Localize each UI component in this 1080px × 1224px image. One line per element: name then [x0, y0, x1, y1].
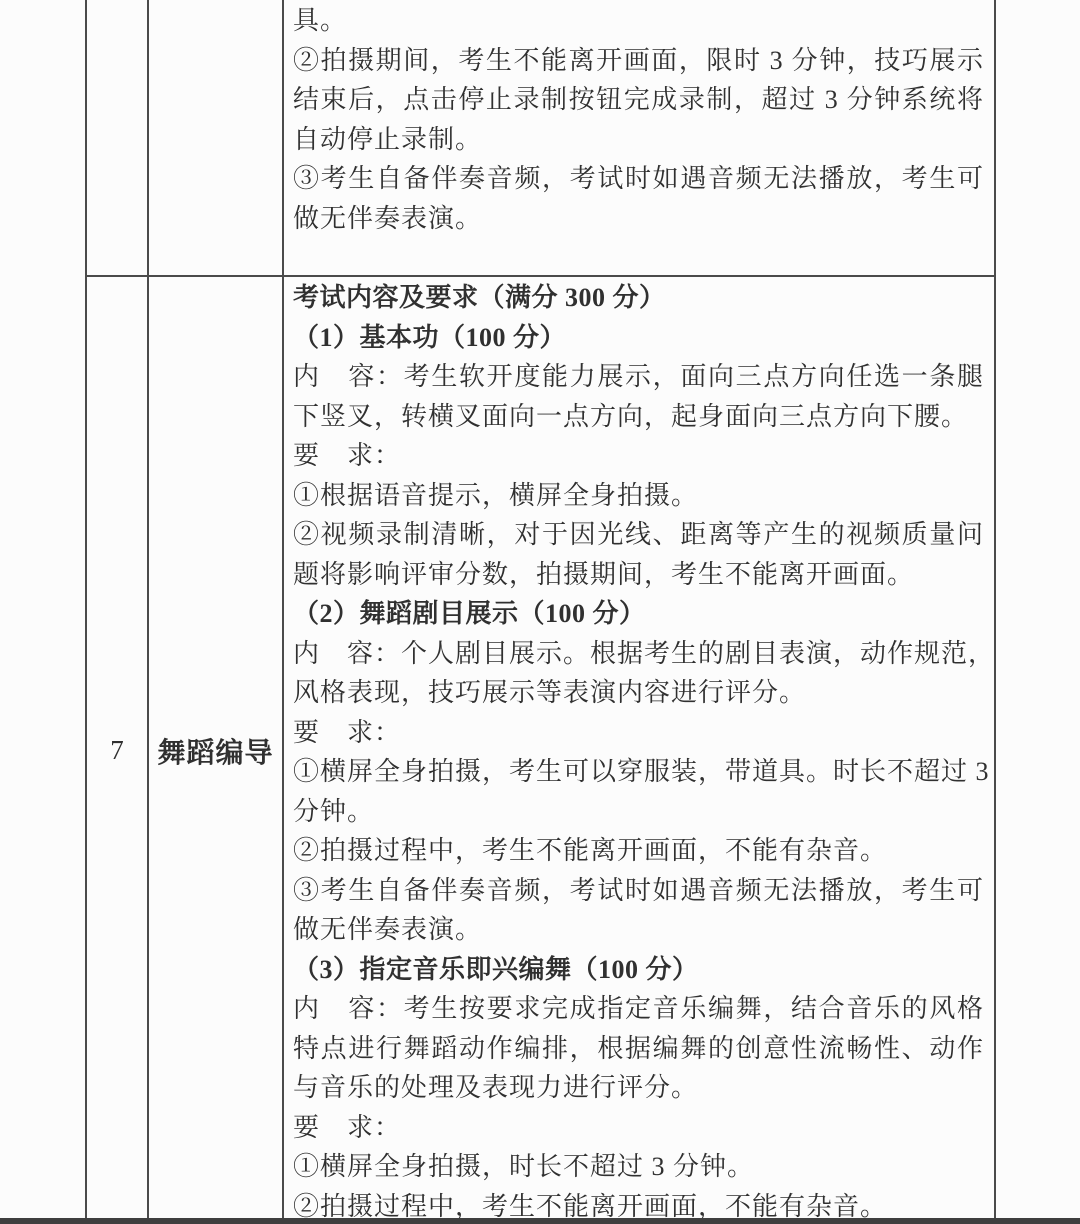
- content-line: 具。: [293, 1, 984, 41]
- content-line: （1）基本功（100 分）: [293, 318, 984, 358]
- content-line: 内 容：考生软开度能力展示，面向三点方向任选一条腿: [293, 357, 984, 397]
- content-line: 特点进行舞蹈动作编排，根据编舞的创意性流畅性、动作: [293, 1029, 984, 1069]
- content-line: ①根据语音提示，横屏全身拍摄。: [293, 476, 984, 516]
- exam-requirements-table: 具。②拍摄期间，考生不能离开画面，限时 3 分钟，技巧展示结束后，点击停止录制按…: [85, 0, 996, 1224]
- content-line: ①横屏全身拍摄，时长不超过 3 分钟。: [293, 1147, 984, 1187]
- content-line: （3）指定音乐即兴编舞（100 分）: [293, 950, 984, 990]
- content-line: 题将影响评审分数，拍摄期间，考生不能离开画面。: [293, 555, 984, 595]
- content-line: ③考生自备伴奏音频，考试时如遇音频无法播放，考生可: [293, 871, 984, 911]
- content-line: 内 容：考生按要求完成指定音乐编舞，结合音乐的风格: [293, 989, 984, 1029]
- content-cell-prev: 具。②拍摄期间，考生不能离开画面，限时 3 分钟，技巧展示结束后，点击停止录制按…: [284, 0, 994, 277]
- content-line: 要 求：: [293, 1108, 984, 1148]
- content-line: ②拍摄过程中，考生不能离开画面，不能有杂音。: [293, 831, 984, 871]
- content-line: 风格表现，技巧展示等表演内容进行评分。: [293, 673, 984, 713]
- content-line: 自动停止录制。: [293, 120, 984, 160]
- content-line: （2）舞蹈剧目展示（100 分）: [293, 594, 984, 634]
- content-line: 要 求：: [293, 713, 984, 753]
- content-line: ③考生自备伴奏音频，考试时如遇音频无法播放，考生可: [293, 159, 984, 199]
- content-line: 考试内容及要求（满分 300 分）: [293, 278, 984, 318]
- content-line: 分钟。: [293, 792, 984, 832]
- row-number-cell: 7: [87, 277, 149, 1224]
- content-cell: 考试内容及要求（满分 300 分）（1）基本功（100 分）内 容：考生软开度能…: [284, 277, 994, 1224]
- content-line: 做无伴奏表演。: [293, 199, 984, 239]
- content-line: 要 求：: [293, 436, 984, 476]
- row-number-cell-prev: [87, 0, 149, 277]
- content-line: ①横屏全身拍摄，考生可以穿服装，带道具。时长不超过 3: [293, 752, 984, 792]
- content-line: 做无伴奏表演。: [293, 910, 984, 950]
- content-line: ②视频录制清晰，对于因光线、距离等产生的视频质量问: [293, 515, 984, 555]
- content-line: 与音乐的处理及表现力进行评分。: [293, 1068, 984, 1108]
- subject-cell: 舞蹈编导: [149, 277, 284, 1224]
- content-line: 下竖叉，转横叉面向一点方向，起身面向三点方向下腰。: [293, 397, 984, 437]
- document-page: { "colors": { "background": "#fcfcfc", "…: [0, 0, 1080, 1224]
- content-line: 结束后，点击停止录制按钮完成录制，超过 3 分钟系统将: [293, 80, 984, 120]
- content-line: 内 容：个人剧目展示。根据考生的剧目表演，动作规范，: [293, 634, 984, 674]
- page-edge-bar: [0, 1218, 1080, 1224]
- content-line: ②拍摄期间，考生不能离开画面，限时 3 分钟，技巧展示: [293, 41, 984, 81]
- subject-cell-prev: [149, 0, 284, 277]
